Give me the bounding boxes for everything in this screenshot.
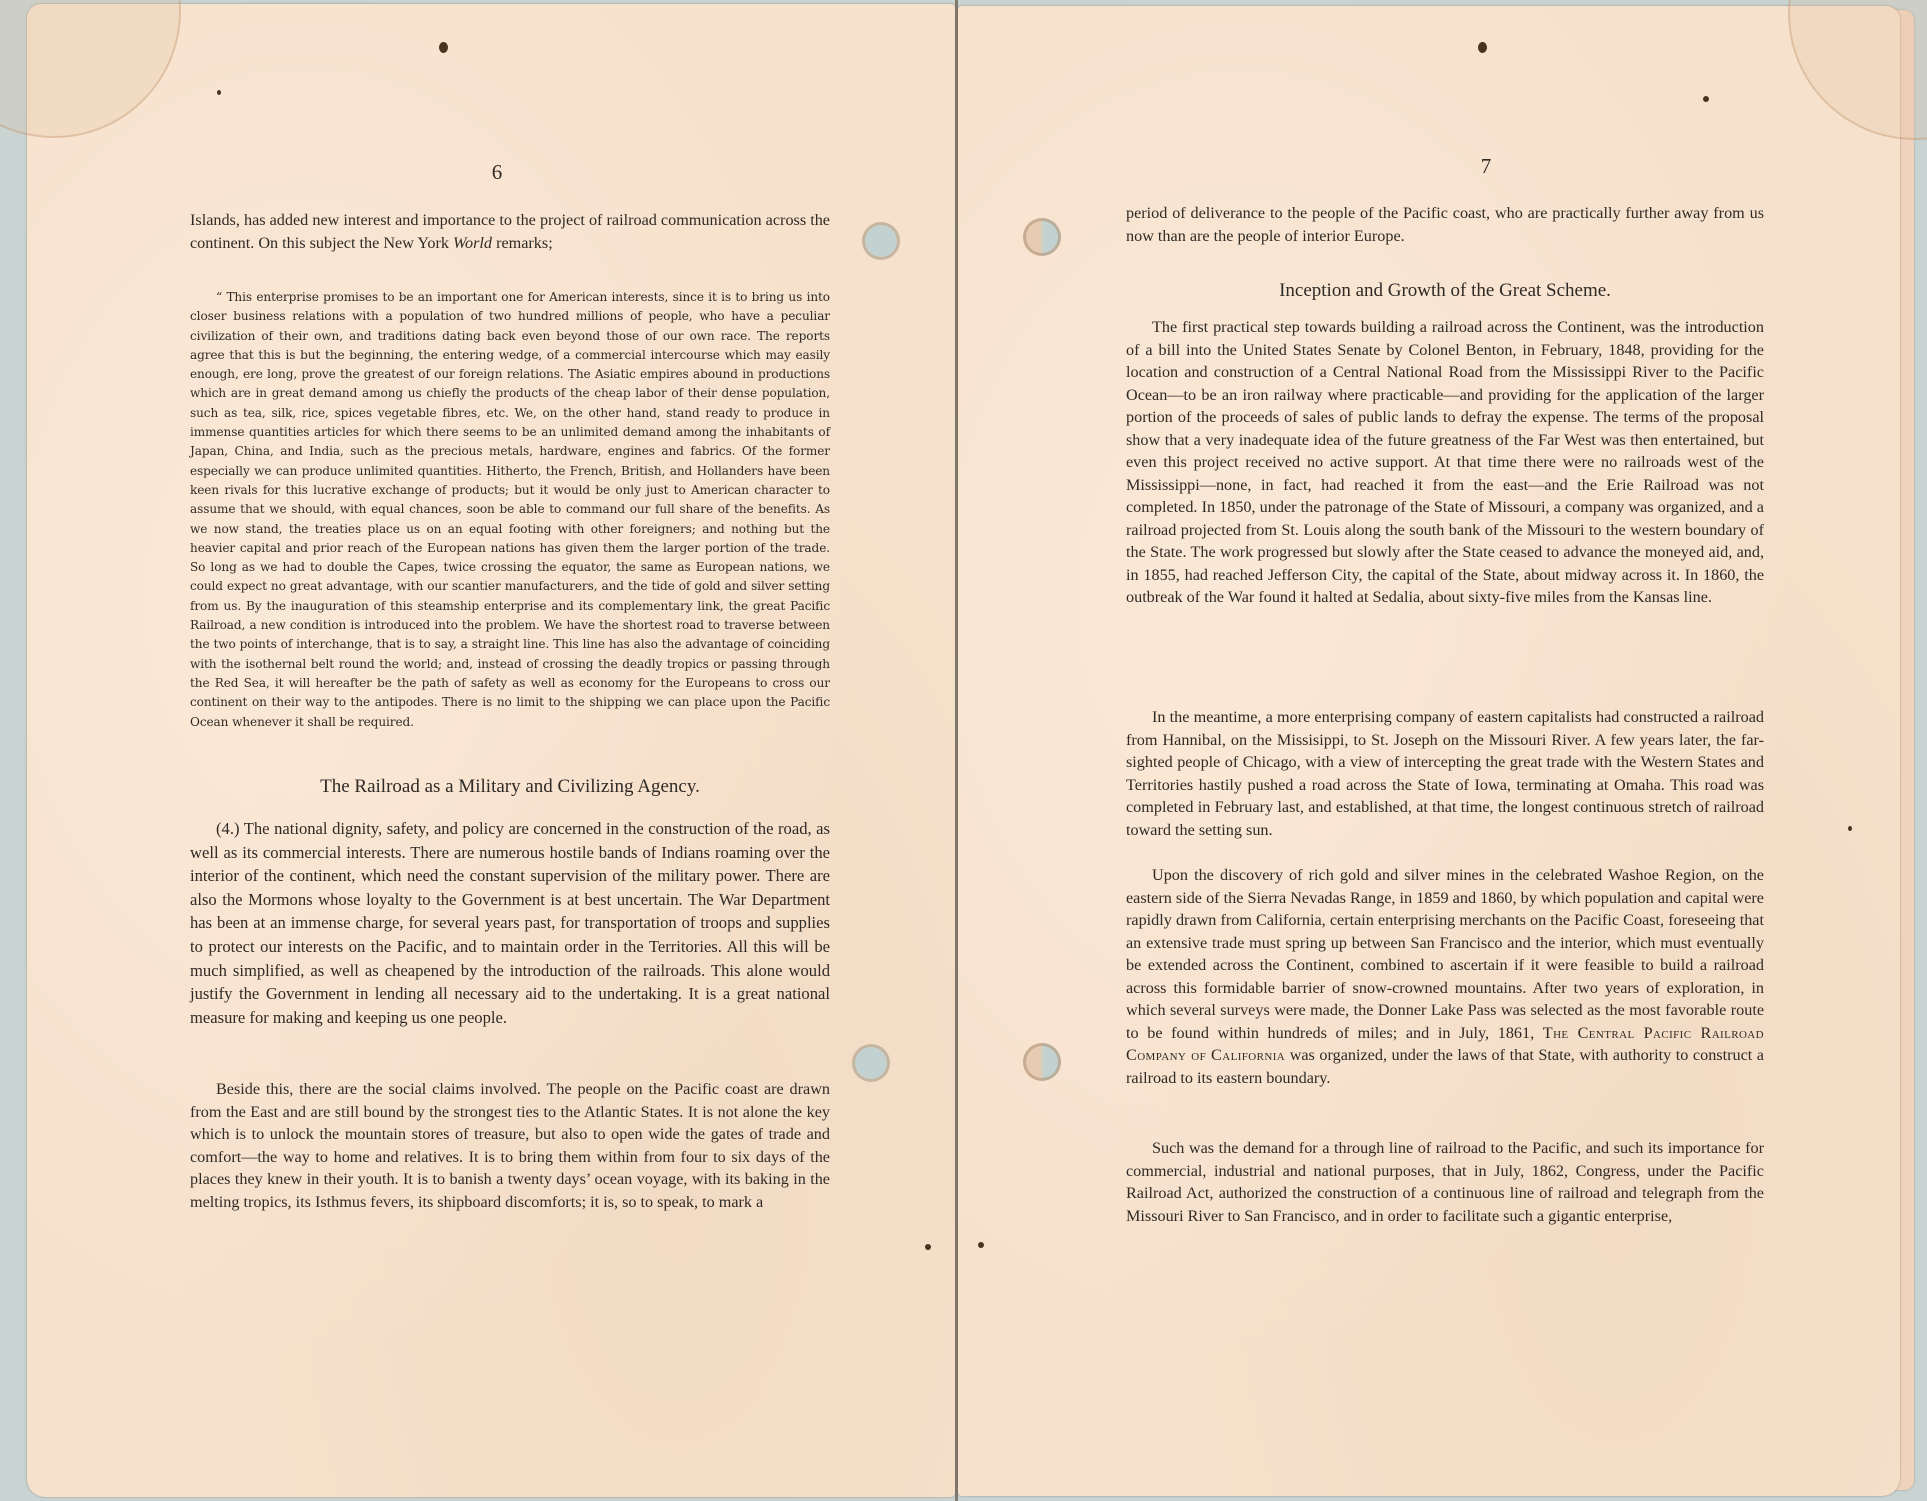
ink-speck xyxy=(978,1242,984,1248)
body-text: Beside this, there are the social claims… xyxy=(190,1078,830,1213)
ink-speck xyxy=(217,90,221,95)
paragraph: In the meantime, a more enterprising com… xyxy=(1126,706,1764,841)
newspaper-title: World xyxy=(453,234,492,252)
quote-text: “ This enterprise promises to be an impo… xyxy=(190,288,830,732)
left-page: 6 Islands, has added new interest and im… xyxy=(27,4,955,1497)
body-text: In the meantime, a more enterprising com… xyxy=(1126,706,1764,841)
paragraph: (4.) The national dignity, safety, and p… xyxy=(190,817,830,1029)
continuation-paragraph: period of deliverance to the people of t… xyxy=(1126,202,1764,247)
right-page: 7 period of deliverance to the people of… xyxy=(958,6,1900,1496)
intro-text-end: remarks; xyxy=(492,234,553,252)
binding-hole xyxy=(862,222,900,260)
section-heading: Inception and Growth of the Great Scheme… xyxy=(1126,280,1764,302)
ink-speck xyxy=(439,42,448,53)
water-stain xyxy=(0,0,181,138)
page-number: 6 xyxy=(477,160,517,185)
body-text: The first practical step towards buildin… xyxy=(1126,316,1764,609)
paragraph: Such was the demand for a through line o… xyxy=(1126,1137,1764,1227)
body-text: (4.) The national dignity, safety, and p… xyxy=(190,817,830,1029)
intro-paragraph: Islands, has added new interest and impo… xyxy=(190,209,830,254)
ink-speck xyxy=(1478,42,1487,53)
paragraph-text: Upon the discovery of rich gold and silv… xyxy=(1126,866,1764,1042)
block-quote: “ This enterprise promises to be an impo… xyxy=(190,288,830,732)
body-text: Such was the demand for a through line o… xyxy=(1126,1137,1764,1227)
paragraph: Beside this, there are the social claims… xyxy=(190,1078,830,1213)
water-stain xyxy=(1788,0,1927,140)
ink-speck xyxy=(1848,826,1852,831)
page-number: 7 xyxy=(1466,154,1506,179)
ink-speck xyxy=(925,1244,931,1250)
binding-hole xyxy=(1023,1043,1061,1081)
paragraph: period of deliverance to the people of t… xyxy=(1126,202,1764,247)
binding-hole xyxy=(852,1044,890,1082)
paragraph: The first practical step towards buildin… xyxy=(1126,316,1764,609)
section-heading: The Railroad as a Military and Civilizin… xyxy=(190,776,830,798)
ink-speck xyxy=(1703,96,1709,102)
binding-hole xyxy=(1023,218,1061,256)
book-spine xyxy=(955,0,958,1501)
body-text: Upon the discovery of rich gold and silv… xyxy=(1126,864,1764,1089)
